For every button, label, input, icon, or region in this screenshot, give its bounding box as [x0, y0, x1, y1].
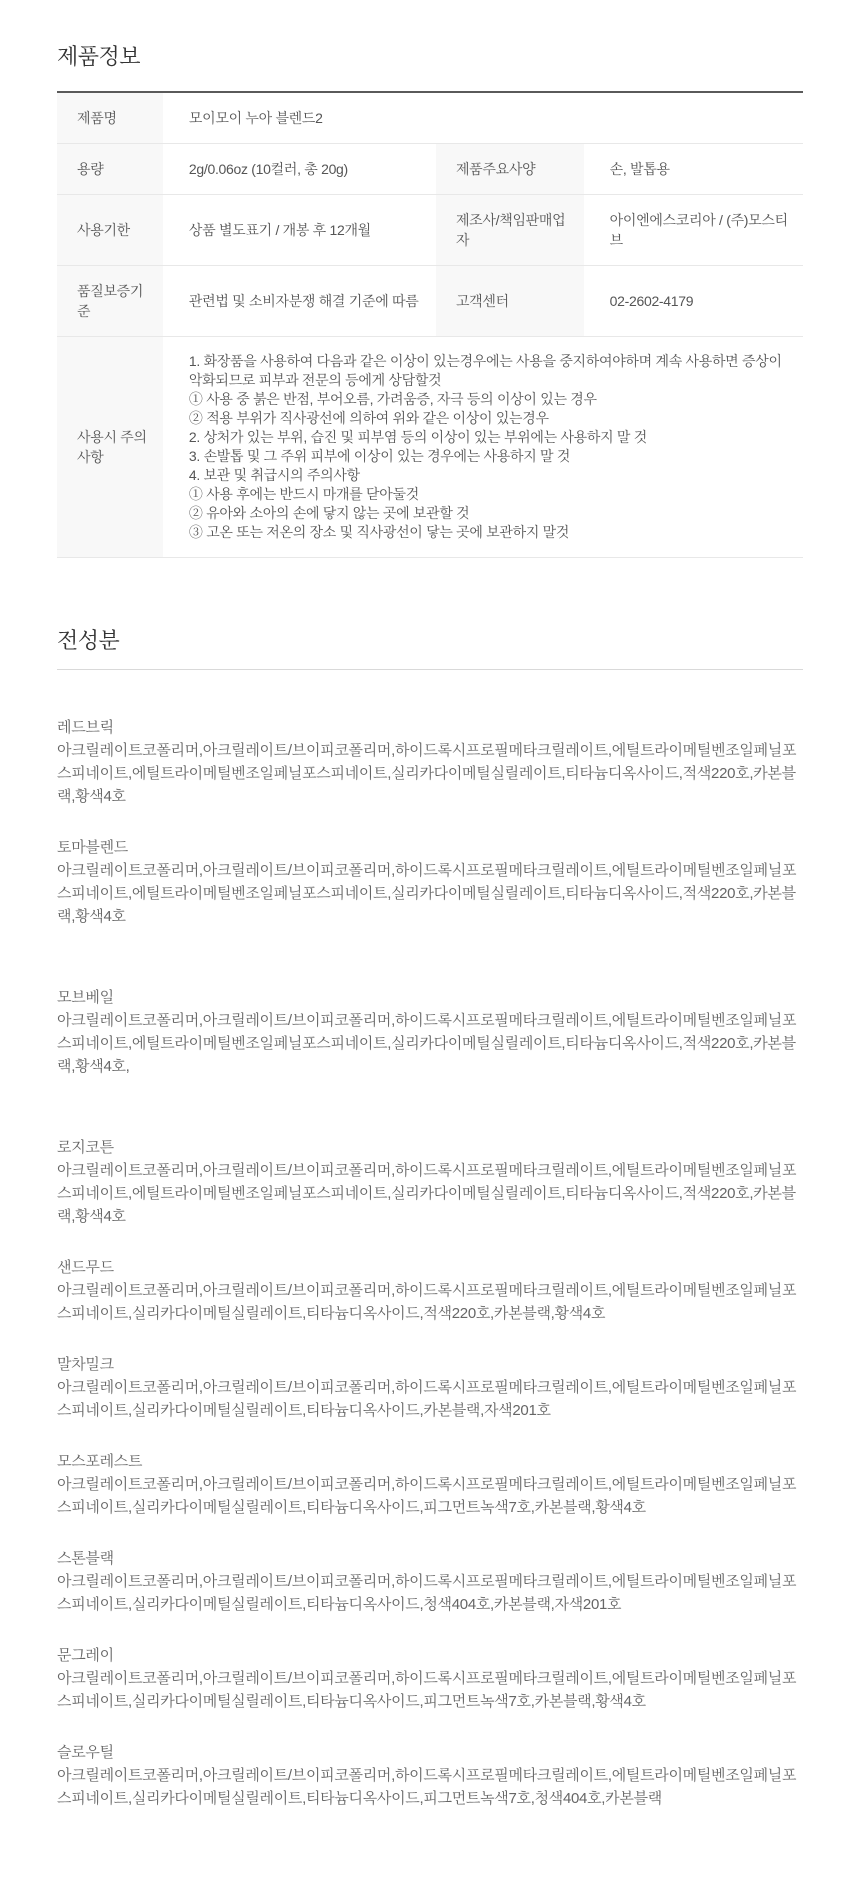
product-name-label: 제품명 [57, 92, 163, 144]
product-name-value: 모이모이 누아 블렌드2 [163, 92, 803, 144]
ingredient-group-matchamilk: 말차밀크 아크릴레이트코폴리머,아크릴레이트/브이피코폴리머,하이드록시프로필메… [57, 1353, 803, 1422]
ingredient-list: 아크릴레이트코폴리머,아크릴레이트/브이피코폴리머,하이드록시프로필메타크릴레이… [57, 1667, 803, 1713]
ingredient-group-sandmood: 샌드무드 아크릴레이트코폴리머,아크릴레이트/브이피코폴리머,하이드록시프로필메… [57, 1256, 803, 1325]
colorway-name: 슬로우틸 [57, 1741, 803, 1764]
colorway-name: 토마블렌드 [57, 836, 803, 859]
ingredient-list: 아크릴레이트코폴리머,아크릴레이트/브이피코폴리머,하이드록시프로필메타크릴레이… [57, 1376, 803, 1422]
cautions-label: 사용시 주의사항 [57, 337, 163, 558]
product-detail-page: 제품정보 제품명 모이모이 누아 블렌드2 용량 2g/0.06oz (10컬러… [0, 0, 860, 1880]
ingredient-group-stoneblack: 스톤블랙 아크릴레이트코폴리머,아크릴레이트/브이피코폴리머,하이드록시프로필메… [57, 1547, 803, 1616]
product-info-section: 제품정보 제품명 모이모이 누아 블렌드2 용량 2g/0.06oz (10컬러… [57, 40, 803, 558]
ingredient-group-tomablend: 토마블렌드 아크릴레이트코폴리머,아크릴레이트/브이피코폴리머,하이드록시프로필… [57, 836, 803, 928]
row-warranty-customer-center: 품질보증기준 관련법 및 소비자분쟁 해결 기준에 따름 고객센터 02-260… [57, 266, 803, 337]
ingredient-list: 아크릴레이트코폴리머,아크릴레이트/브이피코폴리머,하이드록시프로필메타크릴레이… [57, 1570, 803, 1616]
ingredient-list: 아크릴레이트코폴리머,아크릴레이트/브이피코폴리머,하이드록시프로필메타크릴레이… [57, 1279, 803, 1325]
customer-center-label: 고객센터 [436, 266, 584, 337]
ingredient-group-slowteal: 슬로우틸 아크릴레이트코폴리머,아크릴레이트/브이피코폴리머,하이드록시프로필메… [57, 1741, 803, 1810]
row-shelf-life-seller: 사용기한 상품 별도표기 / 개봉 후 12개월 제조사/책임판매업자 아이엔에… [57, 195, 803, 266]
ingredient-group-redbrick: 레드브릭 아크릴레이트코폴리머,아크릴레이트/브이피코폴리머,하이드록시프로필메… [57, 716, 803, 808]
ingredient-group-mossforest: 모스포레스트 아크릴레이트코폴리머,아크릴레이트/브이피코폴리머,하이드록시프로… [57, 1450, 803, 1519]
ingredient-list: 아크릴레이트코폴리머,아크릴레이트/브이피코폴리머,하이드록시프로필메타크릴레이… [57, 1473, 803, 1519]
product-info-title: 제품정보 [57, 40, 803, 71]
row-cautions: 사용시 주의사항 1. 화장품을 사용하여 다음과 같은 이상이 있는경우에는 … [57, 337, 803, 558]
colorway-name: 문그레이 [57, 1644, 803, 1667]
colorway-name: 로지코튼 [57, 1136, 803, 1159]
colorway-name: 모스포레스트 [57, 1450, 803, 1473]
ingredients-section: 전성분 레드브릭 아크릴레이트코폴리머,아크릴레이트/브이피코폴리머,하이드록시… [57, 624, 803, 1810]
colorway-name: 스톤블랙 [57, 1547, 803, 1570]
colorway-name: 레드브릭 [57, 716, 803, 739]
ingredient-list: 아크릴레이트코폴리머,아크릴레이트/브이피코폴리머,하이드록시프로필메타크릴레이… [57, 1764, 803, 1810]
colorway-name: 모브베일 [57, 986, 803, 1009]
cautions-text: 1. 화장품을 사용하여 다음과 같은 이상이 있는경우에는 사용을 중지하여야… [163, 337, 803, 558]
colorway-name: 샌드무드 [57, 1256, 803, 1279]
product-info-table: 제품명 모이모이 누아 블렌드2 용량 2g/0.06oz (10컬러, 총 2… [57, 91, 803, 558]
spec-value: 손, 발톱용 [584, 144, 803, 195]
ingredient-group-mauveveil: 모브베일 아크릴레이트코폴리머,아크릴레이트/브이피코폴리머,하이드록시프로필메… [57, 986, 803, 1078]
ingredient-list: 아크릴레이트코폴리머,아크릴레이트/브이피코폴리머,하이드록시프로필메타크릴레이… [57, 1009, 803, 1078]
ingredient-group-rosycotton: 로지코튼 아크릴레이트코폴리머,아크릴레이트/브이피코폴리머,하이드록시프로필메… [57, 1136, 803, 1228]
customer-center-value: 02-2602-4179 [584, 266, 803, 337]
ingredient-groups: 레드브릭 아크릴레이트코폴리머,아크릴레이트/브이피코폴리머,하이드록시프로필메… [57, 716, 803, 1810]
row-product-name: 제품명 모이모이 누아 블렌드2 [57, 92, 803, 144]
volume-value: 2g/0.06oz (10컬러, 총 20g) [163, 144, 436, 195]
shelf-life-value: 상품 별도표기 / 개봉 후 12개월 [163, 195, 436, 266]
row-volume-spec: 용량 2g/0.06oz (10컬러, 총 20g) 제품주요사양 손, 발톱용 [57, 144, 803, 195]
seller-value: 아이엔에스코리아 / (주)모스티브 [584, 195, 803, 266]
shelf-life-label: 사용기한 [57, 195, 163, 266]
colorway-name: 말차밀크 [57, 1353, 803, 1376]
spec-label: 제품주요사양 [436, 144, 584, 195]
ingredient-list: 아크릴레이트코폴리머,아크릴레이트/브이피코폴리머,하이드록시프로필메타크릴레이… [57, 1159, 803, 1228]
volume-label: 용량 [57, 144, 163, 195]
ingredient-list: 아크릴레이트코폴리머,아크릴레이트/브이피코폴리머,하이드록시프로필메타크릴레이… [57, 739, 803, 808]
warranty-value: 관련법 및 소비자분쟁 해결 기준에 따름 [163, 266, 436, 337]
warranty-label: 품질보증기준 [57, 266, 163, 337]
ingredient-list: 아크릴레이트코폴리머,아크릴레이트/브이피코폴리머,하이드록시프로필메타크릴레이… [57, 859, 803, 928]
seller-label: 제조사/책임판매업자 [436, 195, 584, 266]
section-divider [57, 669, 803, 670]
ingredients-title: 전성분 [57, 624, 803, 655]
